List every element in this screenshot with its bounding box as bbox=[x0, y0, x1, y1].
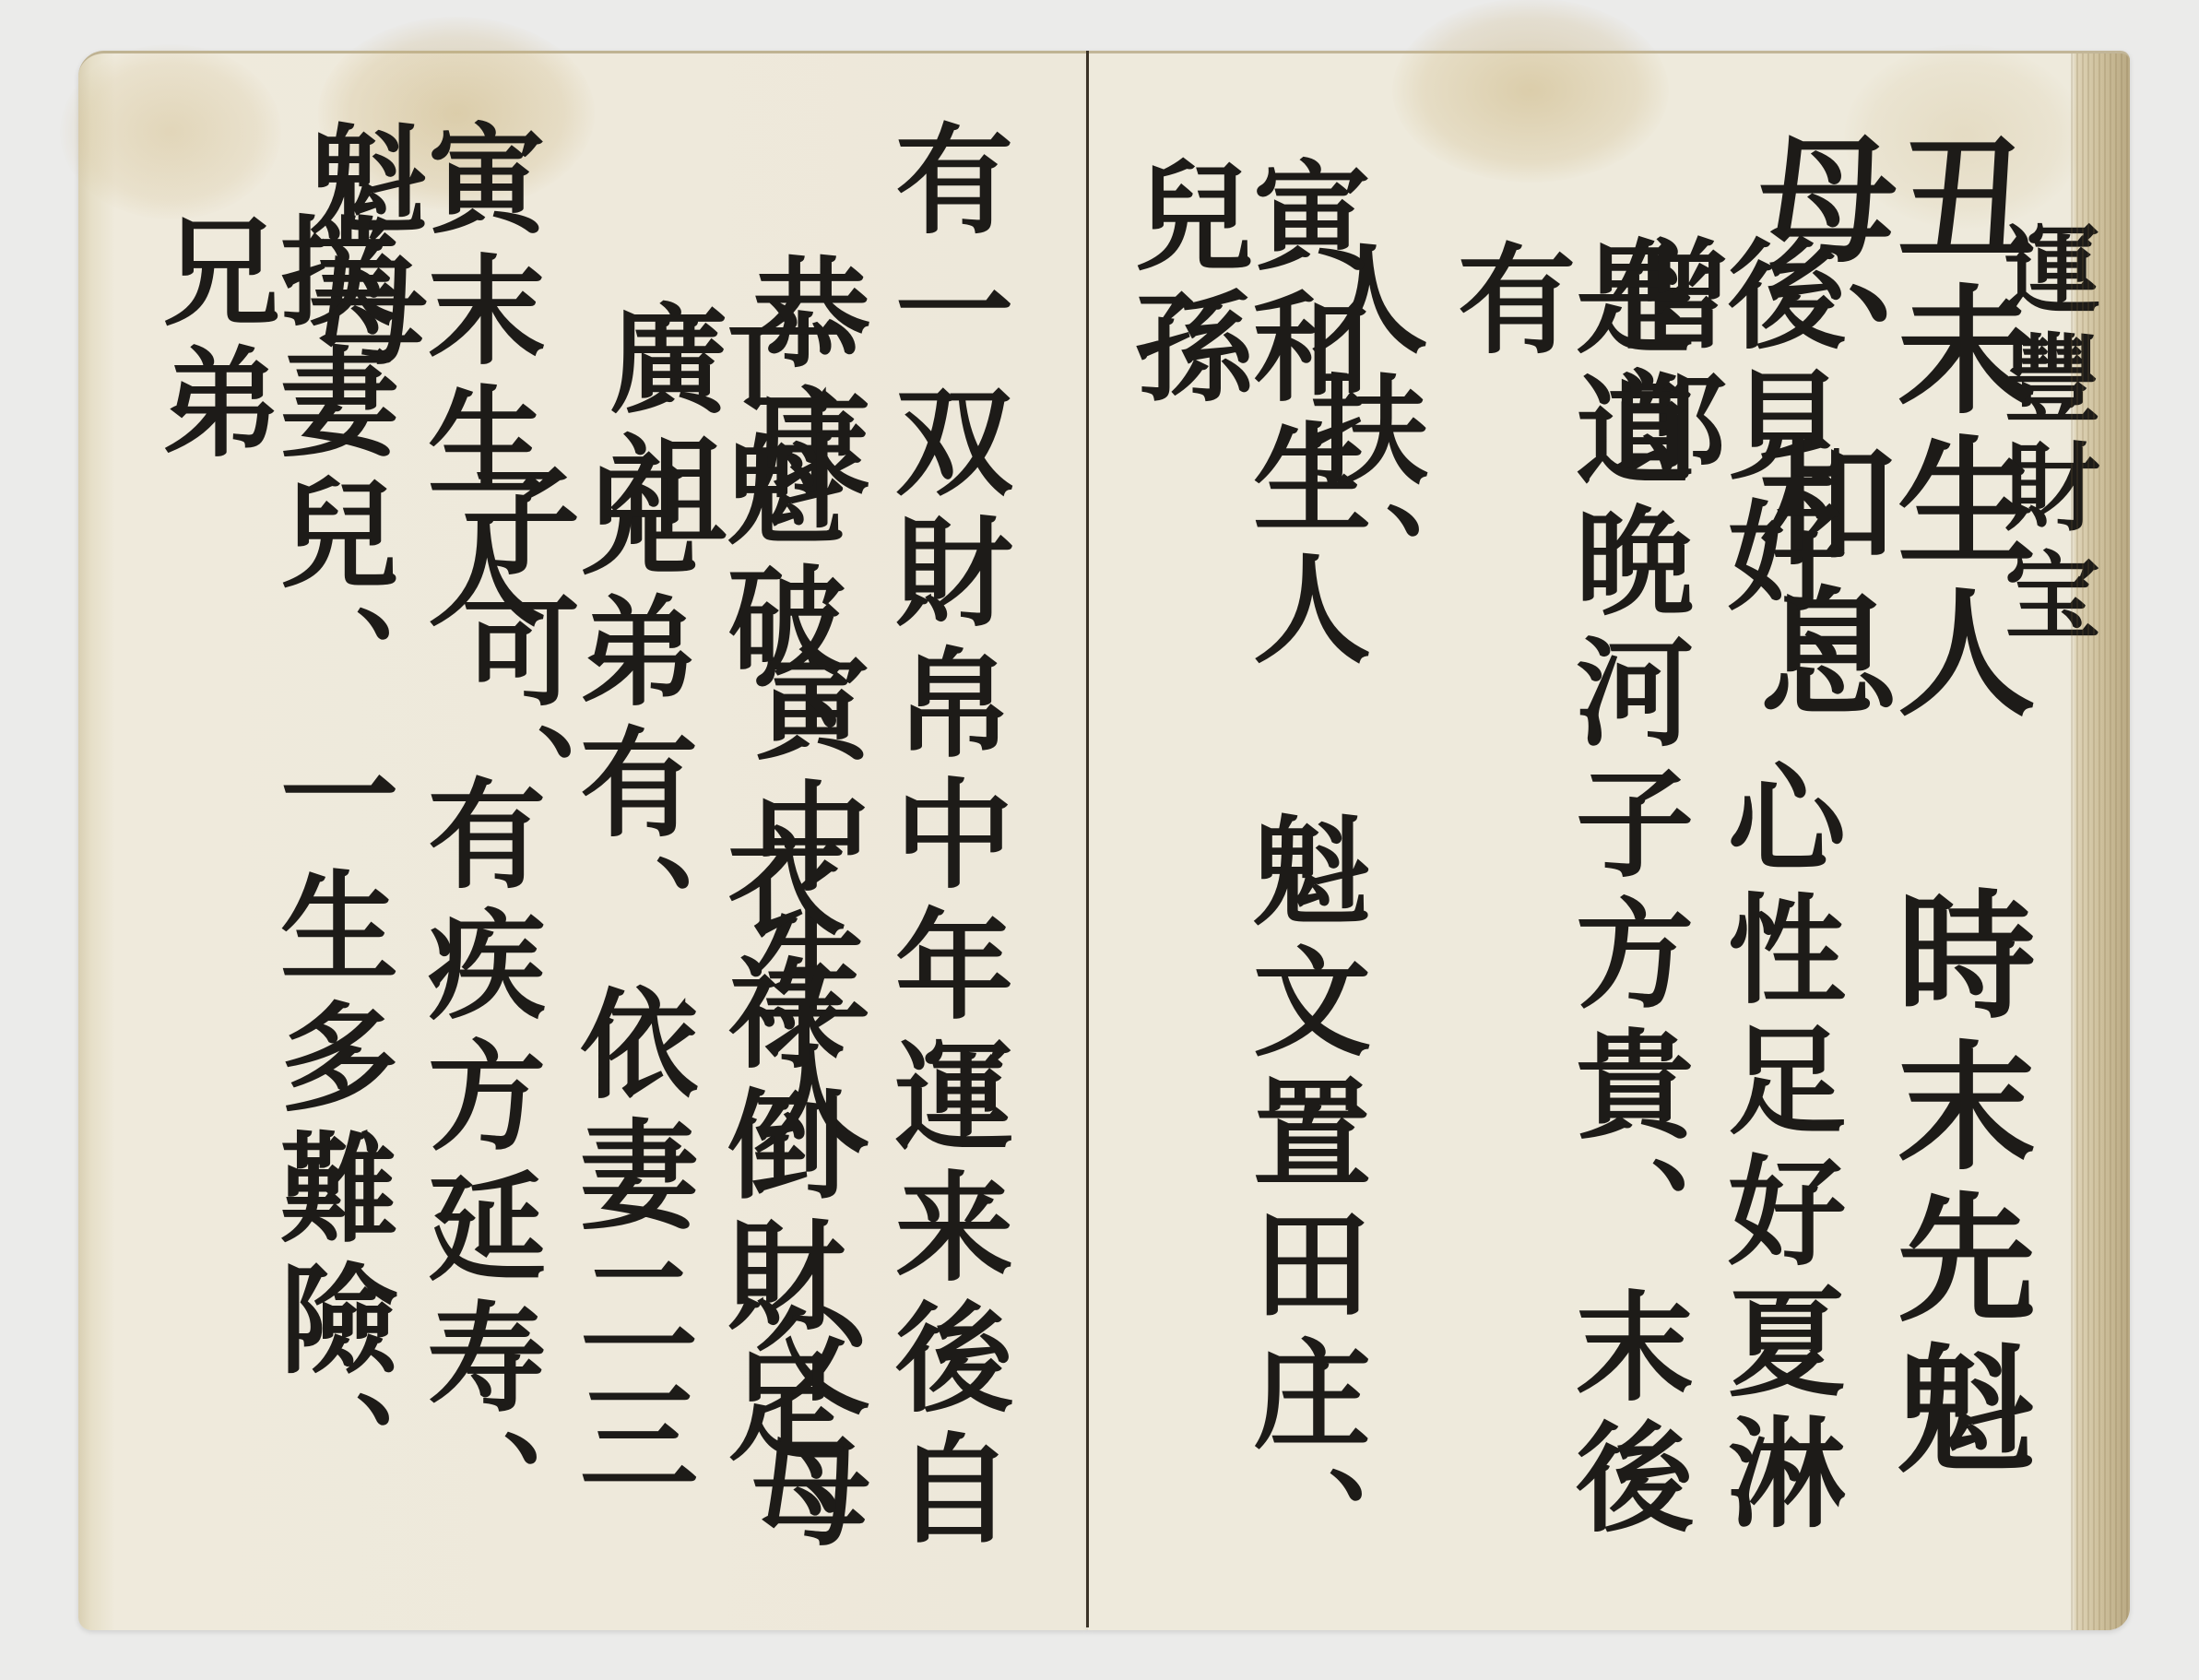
manuscript-column: 有一双財帛中年運来後自 bbox=[885, 118, 1003, 1558]
manuscript-column: 寅和生人 魁文置田庄、兒孫 bbox=[1125, 155, 1361, 1630]
water-stain bbox=[60, 44, 281, 219]
manuscript-column: 是道晩河子方貴、末後有 bbox=[1448, 238, 1684, 1630]
right-page: 運豐財宝 丑未生人 時末先魁母、和息 後見好、心性足好夏淋僧郎 是道晩河子方貴、… bbox=[1088, 51, 2130, 1630]
book-spine-gutter bbox=[1086, 51, 1089, 1627]
water-stain bbox=[1392, 0, 1669, 183]
left-page: 有一双財帛中年運来後自 恭康 寅中生人 父母 亡魁破、衣祿倒財足、廣祖 兄弟有、… bbox=[78, 51, 1088, 1630]
open-manuscript-book: 有一双財帛中年運来後自 恭康 寅中生人 父母 亡魁破、衣祿倒財足、廣祖 兄弟有、… bbox=[78, 51, 2130, 1627]
manuscript-column: 撲妻兒、一生多難險、兄弟 bbox=[152, 210, 388, 1630]
